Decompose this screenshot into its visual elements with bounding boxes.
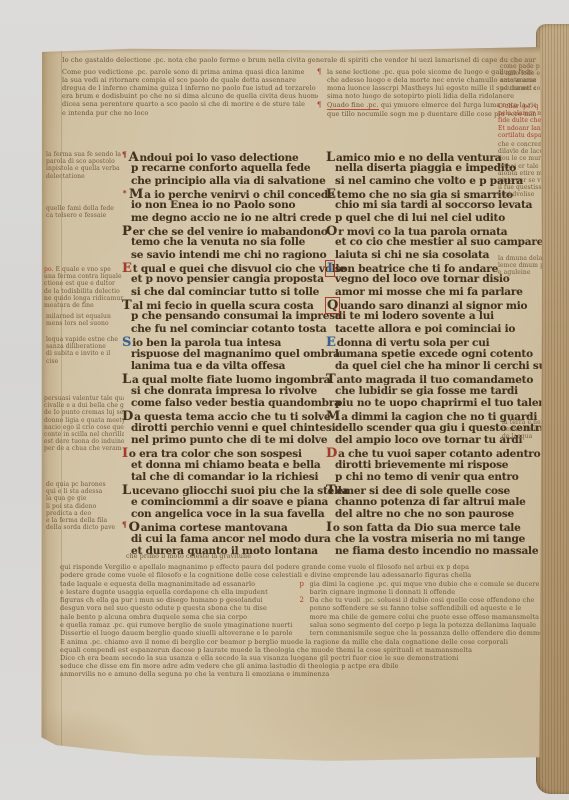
paragraph-marker-icon: 2 xyxy=(300,596,305,604)
commentary-line: figuras ch ella ga pur i mun so disego h… xyxy=(60,596,293,604)
verse-line: da quel ciel che ha minor li cerchi sui xyxy=(326,360,531,372)
verse-line: Per che se del venire io mabandono xyxy=(122,224,327,236)
tercet: Etemo che no sia gia si smarritochio mi … xyxy=(326,187,531,224)
lemma: E anima .pc. chiamo xyxy=(60,638,129,646)
gloss-item: 2Da che tu vuoli .pc. soluesi il dubio c… xyxy=(307,596,548,636)
verse-line: et p novo pensier cangia proposta xyxy=(122,273,327,285)
commentary-line: nale bento p alcuna ombra duquele soma c… xyxy=(60,613,293,621)
bottom-commentary-right: pgia dimi la cagione .pc. qui mque vno d… xyxy=(307,580,548,637)
verse-line: del ampio loco ove tornar tu ardi xyxy=(326,434,531,446)
top-gloss-left-column: Come puo vedictione .pc. parole sono di … xyxy=(62,68,318,119)
tercet: Ma dimmi la cagion che no ti guardidello… xyxy=(326,409,531,446)
verse-line: ¶Andoui poi lo vaso delectione xyxy=(122,150,327,162)
margin-note-line: cise xyxy=(46,358,124,365)
illuminated-initial: S xyxy=(122,335,131,350)
lemma: Dissertie el luogo xyxy=(60,629,120,637)
commentary-line: e lestare dugnte usaggia equella cordapo… xyxy=(60,588,293,596)
verse-line: Edonna di vertu sola per cui xyxy=(326,335,531,347)
top-gloss-line: Io che gastaldo delectione .pc. nota che… xyxy=(62,56,536,64)
commentary-line: anmorvilis no e amuno della seguna po ch… xyxy=(60,670,538,678)
verse-line: con angelica voce in la sua favella xyxy=(122,508,327,520)
commentary-line: equali compendi est espanzerun dacose p … xyxy=(60,646,538,654)
verse-line: p quel che di lui nel ciel udito xyxy=(326,212,531,224)
verse-line: laiuta si chi ne sia cosolata xyxy=(326,249,531,261)
bottom-commentary-fullwidth: qui risponde Vergilio e apellalo magnani… xyxy=(60,563,538,579)
verse-line: Tal mi fecio in quella scura costa xyxy=(122,298,327,310)
tercet: Io son fatta da Dio sua merce taleche la… xyxy=(326,520,531,557)
margin-note-line: conte in scilla nel chorilla xyxy=(44,431,124,438)
text-line: salua sono segmento del corpo p lega la … xyxy=(310,621,548,629)
verse-line: me degno accio ne io ne altri crede xyxy=(122,212,327,224)
margin-note-line: di subita e invito e il xyxy=(46,350,124,357)
margin-note: po. E quale e vno speuna ferma contra li… xyxy=(44,266,124,309)
top-gloss-line: la sua vedi ai ritornare compia el sco p… xyxy=(62,76,318,84)
verse-line: amor mi mosse che mi fa parlare xyxy=(326,286,531,298)
margin-note-line: mens lors nel suono xyxy=(46,320,124,327)
margin-note-line: ne quido longa ridicamur xyxy=(44,295,124,302)
verse-line: p che pensando consumai la impresa xyxy=(122,310,327,322)
tercet: Lamico mio e no della venturanella diser… xyxy=(326,150,531,187)
tercet: Per che se del venire io mabandonotemo c… xyxy=(122,224,327,261)
verse-line: come falso veder bestia quandombra xyxy=(122,397,327,409)
margin-note: O char .pc. qpela alamar mellfide dulte … xyxy=(498,103,542,139)
tercet: Lucevano gliocchi suoi piu che la stella… xyxy=(122,483,327,520)
verse-line: ¶Oanima cortese mantovana xyxy=(122,520,327,532)
margin-note-line: li poi sta dideno xyxy=(46,503,124,510)
text-line: barin cignare ingmone li donnati li offe… xyxy=(310,588,548,596)
text-line: sima noto luogo de sotopirto pioli lidia… xyxy=(327,92,536,100)
verse-line: Or movi co la tua parola ornata xyxy=(326,224,531,236)
verse-line: rispuose del magnanimo quel ombra xyxy=(122,348,327,360)
margin-note-line: lequa vapide estne che xyxy=(46,336,124,343)
margin-note: la ferma sua fe sendo laparola di sco ap… xyxy=(46,151,124,180)
text-line: more ma chile de gemere colui che puote … xyxy=(310,613,548,621)
margin-note-line: una ferma contra liquale xyxy=(44,273,124,280)
commentary-line: e quella ramaz .pc. qui rumove berglio d… xyxy=(60,621,293,629)
tercet: ∗Ma io perche venirvi o chil concedeio n… xyxy=(122,187,327,224)
text-line: gia dimi la cagione .pc. qui mque vno du… xyxy=(310,580,548,588)
top-edge-stain xyxy=(40,47,542,54)
commentary-line: tade laquale e equesta della magnanimita… xyxy=(60,580,293,588)
margin-note-line: delectatione xyxy=(46,173,124,180)
tercet: Da che tu vuoi saper cotanto adentrodiro… xyxy=(326,446,531,483)
commentary-line: Dissertie el luogo dauem berglio quado s… xyxy=(60,629,293,637)
verse-line: Io era tra color che son sospesi xyxy=(122,446,327,458)
verse-line: lumana spetie excede ogni cotento xyxy=(326,348,531,360)
top-gloss-line: era brum e dodisbuint po che no si dima … xyxy=(62,92,318,100)
illuminated-initial: I xyxy=(122,446,128,461)
verse-line: lanima tua e da vilta offesa xyxy=(122,360,327,372)
verse-line: channo potenza di far altrui male xyxy=(326,496,531,508)
verse-line: che lubidir se gia fosse me tardi xyxy=(326,385,531,397)
verse-line: La qual molte fiate luomo ingombra xyxy=(122,372,327,384)
tercet: Edonna di vertu sola per cuilumana speti… xyxy=(326,335,531,372)
verse-line: ∗Ma io perche venirvi o chil concede xyxy=(122,187,327,199)
rubric-mark-icon: ¶ xyxy=(122,520,127,529)
text-line: Da che tu vuoli .pc. soluesi il dubio co… xyxy=(310,596,548,604)
tercet: La qual molte fiate luomo ingombrasi che… xyxy=(122,372,327,409)
verse-line: se savio intendi me chi no ragiono xyxy=(122,249,327,261)
margin-note-line: de quia pc barones xyxy=(46,481,124,488)
margin-note-line: per de a chua che veram da xyxy=(44,445,124,452)
verse-line: di cui la fama ancor nel modo dura xyxy=(122,533,327,545)
verse-line: del altre no che no son paurose xyxy=(326,508,531,520)
verse-line: dirotti perchio venni e quel chintesi xyxy=(122,422,327,434)
verse-line: che fu nel cominciar cotanto tosta xyxy=(122,323,327,335)
top-gloss-block: Io che gastaldo delectione .pc. nota che… xyxy=(62,56,536,119)
verse-line: tal che di comandar io la richiesi xyxy=(122,471,327,483)
margin-note-line: parola di sco apostolo xyxy=(46,158,124,165)
tercet: Ison beatrice che ti fo andarevegno del … xyxy=(326,261,531,298)
illuminated-initial: L xyxy=(122,372,131,387)
verse-line: che la vostra miseria no mi tange xyxy=(326,533,531,545)
verse-line: di te mi lodero sovente a lui xyxy=(326,310,531,322)
verse-line: Et qual e quei che disvuol cio che volle xyxy=(122,261,327,273)
tercet: Et qual e quei che disvuol cio che volle… xyxy=(122,261,327,298)
tercet: ¶Oanima cortese mantovanadi cui la fama … xyxy=(122,520,327,557)
verse-line: Io son fatta da Dio sua merce tale xyxy=(326,520,531,532)
tercet: Or movi co la tua parola ornataet co cio… xyxy=(326,224,531,261)
margin-note: come pade poe milo lode erionato amavepd… xyxy=(500,63,540,92)
margin-note-line: predicta a deo xyxy=(46,510,124,517)
commentary-line: seduce che disse em fin more adre adm ve… xyxy=(60,662,538,670)
verse-line: si nel camino che volto e p paura xyxy=(326,175,531,187)
verse-line: piu no te uopo chaprirmi el tuo talento xyxy=(326,397,531,409)
top-gloss-line: dregua de l inferno chamina guiza l infe… xyxy=(62,84,318,92)
lemma: Come puo vedictione xyxy=(62,68,133,76)
margin-note-line: nacio ego il crio cose que xyxy=(44,424,124,431)
verse-line: chio mi sia tardi al soccorso levata xyxy=(326,199,531,211)
illuminated-initial: I xyxy=(326,261,334,276)
paragraph-marker-icon: ¶ xyxy=(317,101,322,109)
rubric-mark-icon: ¶ xyxy=(122,150,127,159)
margin-note-line: de la todisbilita delectio xyxy=(44,288,124,295)
margin-note-line: fide dulte chela xyxy=(498,117,542,124)
lemma: e quella ramaz xyxy=(60,621,110,629)
paragraph-marker-icon: ¶ xyxy=(317,68,322,76)
lemma: Quado fine .pc. xyxy=(327,101,379,109)
margin-note-line: ctione est que e dultor xyxy=(44,280,124,287)
margin-note-line: qui e li sta adessa xyxy=(46,488,124,495)
bottom-commentary-tail: E anima .pc. chiamo ave il nome di bergl… xyxy=(60,638,538,678)
margin-note-line: cortilatu dsparce xyxy=(498,132,542,139)
margin-note: de quia pc baronesqui e li sta adessala … xyxy=(46,481,124,531)
verse-line: Etemo che no sia gia si smarrito xyxy=(326,187,531,199)
lemma: gia dimi la cagione xyxy=(310,580,374,588)
verse-line: Ison beatrice che ti fo andare xyxy=(326,261,531,273)
verse-line: p recarne conforto aquella fede xyxy=(122,162,327,174)
margin-note-line: meatura de fine xyxy=(44,302,124,309)
margin-note-line: nato amave xyxy=(500,77,540,84)
text-line: ponno soffendere se su fanno tolse soffe… xyxy=(310,604,548,612)
margin-note-line: e milo lode erio xyxy=(500,70,540,77)
verse-line: Lucevano gliocchi suoi piu che la stella xyxy=(122,483,327,495)
verse-line: et co cio che mestier al suo campare xyxy=(326,236,531,248)
verse-line: temo che la venuta no sia folle xyxy=(122,236,327,248)
margin-note-line: pduna nel corte xyxy=(500,85,540,92)
verse-column-right: Lamico mio e no della venturanella diser… xyxy=(326,150,531,557)
tercet: Sio ben la parola tua intesarispuose del… xyxy=(122,335,327,372)
margin-note: quelle fami della fedeca tolsero e fessa… xyxy=(46,205,124,219)
margin-note-line: civalle e a dui bella che gia xyxy=(44,402,124,409)
bottom-commentary-block: che primo il moto celeste la gravitune q… xyxy=(60,553,538,678)
verse-line: Sio ben la parola tua intesa xyxy=(122,335,327,347)
verse-line: e cominciommi a dir soave e piana xyxy=(122,496,327,508)
verse-line: Temer si dee di sole quelle cose xyxy=(326,483,531,495)
verse-line: Da questa tema accio che tu ti solve xyxy=(122,409,327,421)
margin-note-line: come pade po xyxy=(500,63,540,70)
top-gloss-line: e intenda pur che no loco xyxy=(62,109,318,117)
bottom-commentary-left: tade laquale e equesta della magnanimita… xyxy=(60,580,293,637)
illuminated-initial: I xyxy=(326,520,332,535)
verse-line: che principio alla via di salvatione xyxy=(122,175,327,187)
margin-note-line: milarned ist equalun xyxy=(46,313,124,320)
illuminated-initial: L xyxy=(326,150,335,165)
margin-note-line: pela alamar mell xyxy=(498,110,542,117)
margin-note-line: persuasi valentur tale qua xyxy=(44,395,124,402)
rubric-mark-icon: ∗ xyxy=(122,187,127,196)
lemma: la sene lectione xyxy=(327,68,380,76)
margin-note-line: quelle fami della fede xyxy=(46,205,124,212)
lemma: gastaldo delectione xyxy=(85,56,151,64)
margin-note-line: de Io punto cremas luj se xyxy=(44,409,124,416)
paragraph-marker-icon: p xyxy=(300,580,305,588)
verse-line: Ma dimmi la cagion che no ti guardi xyxy=(326,409,531,421)
gloss-item: pgia dimi la cagione .pc. qui mque vno d… xyxy=(307,580,548,596)
verse-line: p chi no temo di venir qua entro xyxy=(326,471,531,483)
margin-note-line: est dere tuona do induino xyxy=(44,438,124,445)
commentary-line: Dice ch era beam secodo la sua usanza e … xyxy=(60,654,538,662)
commentary-line: E anima .pc. chiamo ave il nome di bergl… xyxy=(60,638,538,646)
tercet: Quando saro dinanzi al signor miodi te m… xyxy=(326,298,531,335)
verse-line: et donna mi chiamo beata e bella xyxy=(122,459,327,471)
verse-line: si che donrata impresa lo rivolve xyxy=(122,385,327,397)
tercet: Io era tra color che son sospesiet donna… xyxy=(122,446,327,483)
margin-note-line: donno ligia e quata meetye xyxy=(44,417,124,424)
margin-note-line: ca tolsero e fessaie xyxy=(46,212,124,219)
lemma: po. xyxy=(44,266,54,273)
margin-note-line: e la ferma della fila xyxy=(46,517,124,524)
lemma: qui risponde Vergilio xyxy=(60,563,131,571)
tercet: Tanto magrada il tuo comandametoche lubi… xyxy=(326,372,531,409)
margin-note: lequa vapide estne chesanza diliberation… xyxy=(46,336,124,365)
margin-note-line: Et ndoanr lanicua xyxy=(498,125,542,132)
verse-line: Da che tu vuoi saper cotanto adentro xyxy=(326,446,531,458)
margin-note: milarned ist equalunmens lors nel suono xyxy=(46,313,124,327)
verse-line: Tanto magrada il tuo comandameto xyxy=(326,372,531,384)
verse-line: nella diserta piaggia e impedito xyxy=(326,162,531,174)
verse-line: Quando saro dinanzi al signor mio xyxy=(326,298,531,310)
verse-line: io non Enea io no Paolo sono xyxy=(122,199,327,211)
margin-note-line: che e concrenita xyxy=(498,141,542,148)
commentary-line: qui risponde Vergilio e apellalo magnani… xyxy=(60,563,538,571)
tercet: ¶Andoui poi lo vaso delectionep recarne … xyxy=(122,150,327,187)
verse-line: Lamico mio e no della ventura xyxy=(326,150,531,162)
verse-line: si che dal cominciar tutto si tolle xyxy=(122,286,327,298)
verse-column-left: ¶Andoui poi lo vaso delectionep recarne … xyxy=(122,150,327,557)
margin-note-line: O char .pc. q xyxy=(498,103,542,110)
verse-line: tacette allora e poi cominciai io xyxy=(326,323,531,335)
verse-line: dirotti brievemente mi rispose xyxy=(326,459,531,471)
margin-note-line: inpistola e quella verba xyxy=(46,165,124,172)
margin-note-line: la ferma sua fe sendo la xyxy=(46,151,124,158)
illuminated-initial: L xyxy=(122,483,131,498)
margin-note-line: della sorda dicto pave xyxy=(46,524,124,531)
tercet: Temer si dee di sole quelle cosechanno p… xyxy=(326,483,531,520)
margin-note: persuasi valentur tale quacivalle e a du… xyxy=(44,395,124,453)
commentary-line: desgun vora nel suo questo odute p quest… xyxy=(60,604,293,612)
top-gloss-line: Come puo vedictione .pc. parole sono di … xyxy=(62,68,318,76)
verse-line: dello scender qua giu i questo centro xyxy=(326,422,531,434)
commentary-line: podere grade come vuole el filosofo e la… xyxy=(60,571,538,579)
margin-note-line: sanza diliberatione xyxy=(46,343,124,350)
margin-note-line: la qua ge gie xyxy=(46,495,124,502)
manuscript-page: Io che gastaldo delectione .pc. nota che… xyxy=(40,47,542,763)
bottom-commentary-heading: che primo il moto celeste la gravitune xyxy=(60,553,538,561)
top-gloss-line: dicea sena perentore quarto a sco paolo … xyxy=(62,100,318,108)
margin-note-line: po. E quale e vno spe xyxy=(44,266,124,273)
verse-line: vegno del loco ove tornar disio xyxy=(326,273,531,285)
lemma: Da che tu vuoli .pc. xyxy=(310,596,376,604)
photo-backdrop: Io che gastaldo delectione .pc. nota che… xyxy=(0,0,569,800)
tercet: Da questa tema accio che tu ti solvediro… xyxy=(122,409,327,446)
top-gloss-first-line: Io che gastaldo delectione .pc. nota che… xyxy=(62,56,536,64)
tercet: Tal mi fecio in quella scura costap che … xyxy=(122,298,327,335)
verse-line: nel primo punto che di te mi dolve xyxy=(122,434,327,446)
text-line: tern comnanismile segue che la possanza … xyxy=(310,629,548,637)
